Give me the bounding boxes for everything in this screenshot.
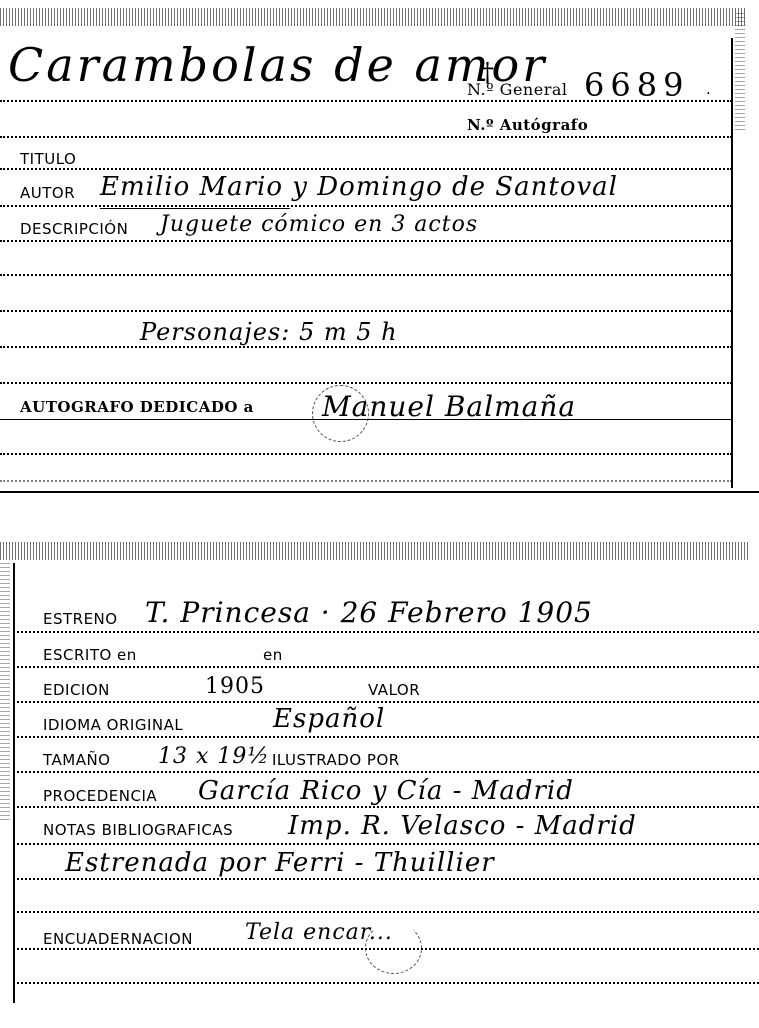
rule-autor bbox=[0, 205, 732, 207]
field-value-procedencia: García Rico y Cía - Madrid bbox=[198, 776, 574, 806]
field-label-notas: NOTAS BIBLIOGRAFICAS bbox=[43, 821, 233, 839]
field-label-descripcion: DESCRIPCIÓN bbox=[20, 220, 128, 238]
rule-blank-3 bbox=[0, 382, 732, 384]
field-value-tamano: 13 x 19½ bbox=[158, 744, 270, 769]
rule-blank-7 bbox=[13, 982, 759, 984]
dot-mark: . bbox=[706, 80, 711, 98]
rule-title bbox=[0, 100, 732, 102]
rule-autografo bbox=[0, 136, 732, 138]
scan-noise-left bbox=[0, 560, 10, 820]
field-label-tamano: TAMAÑO bbox=[43, 751, 111, 769]
rule-estreno bbox=[13, 631, 759, 633]
rule-notas-2 bbox=[13, 878, 759, 880]
rule-blank-6 bbox=[13, 911, 759, 913]
rule-encuadernacion bbox=[13, 948, 759, 950]
card-border-left bbox=[13, 563, 15, 1003]
rule-notas bbox=[13, 843, 759, 845]
rule-personajes bbox=[0, 346, 732, 348]
field-label-edicion: EDICION bbox=[43, 681, 110, 699]
field-label-estreno: ESTRENO bbox=[43, 610, 118, 628]
field-value-descripcion: Juguete cómico en 3 actos bbox=[160, 212, 478, 237]
rule-titulo bbox=[0, 168, 732, 170]
rule-blank-4 bbox=[0, 453, 732, 455]
field-value-notas: Imp. R. Velasco - Madrid bbox=[288, 811, 637, 841]
scan-noise-top bbox=[0, 8, 747, 26]
field-value-notas-continued: Estrenada por Ferri - Thuillier bbox=[65, 848, 495, 878]
field-label-escrito-en: en bbox=[263, 646, 283, 664]
rule-blank-1 bbox=[0, 274, 732, 276]
rule-edicion bbox=[13, 701, 759, 703]
rule-blank-5 bbox=[0, 480, 732, 482]
field-label-valor: VALOR bbox=[368, 681, 420, 699]
numero-general-label: N.º General bbox=[467, 80, 568, 99]
numero-general-value: 6689 bbox=[584, 66, 689, 104]
autor-underline bbox=[100, 208, 290, 209]
rule-dedicado bbox=[0, 419, 732, 420]
field-label-idioma: IDIOMA ORIGINAL bbox=[43, 716, 183, 734]
rule-tamano bbox=[13, 771, 759, 773]
field-value-estreno: T. Princesa · 26 Febrero 1905 bbox=[145, 596, 593, 629]
field-value-autor: Emilio Mario y Domingo de Santoval bbox=[100, 172, 618, 202]
field-value-edicion: 1905 bbox=[205, 674, 265, 699]
card-border-right bbox=[731, 38, 733, 488]
rule-blank-2 bbox=[0, 310, 732, 312]
card-separator bbox=[0, 491, 759, 493]
scan-noise-right bbox=[735, 10, 745, 130]
field-label-escrito: ESCRITO en bbox=[43, 646, 137, 664]
numero-autografo-label: N.º Autógrafo bbox=[467, 116, 588, 134]
autografo-dedicado-label: AUTOGRAFO DEDICADO a bbox=[20, 398, 254, 416]
scan-noise-middle bbox=[0, 542, 749, 560]
field-label-titulo: TITULO bbox=[20, 150, 76, 168]
field-label-procedencia: PROCEDENCIA bbox=[43, 787, 157, 805]
field-value-idioma: Español bbox=[273, 704, 385, 734]
field-label-ilustrado: ILUSTRADO POR bbox=[272, 751, 400, 769]
field-label-encuadernacion: ENCUADERNACION bbox=[43, 930, 193, 948]
rule-escrito bbox=[13, 666, 759, 668]
field-label-autor: AUTOR bbox=[20, 184, 75, 202]
note-personajes: Personajes: 5 m 5 h bbox=[140, 318, 398, 346]
rule-descripcion bbox=[0, 240, 732, 242]
rule-idioma bbox=[13, 736, 759, 738]
rule-procedencia bbox=[13, 806, 759, 808]
